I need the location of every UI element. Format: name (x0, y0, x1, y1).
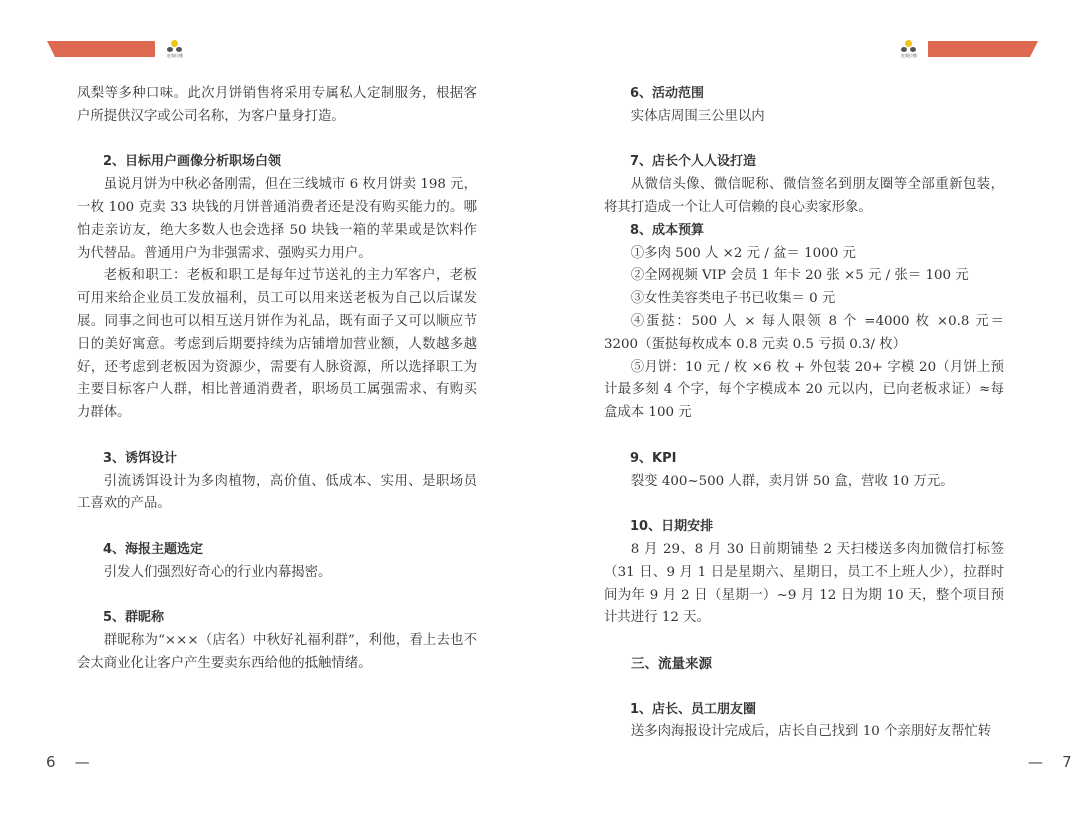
header-decor-bar (47, 41, 155, 57)
page-dash: — (75, 753, 90, 771)
logo-leaf-icon (910, 47, 916, 52)
section-heading: 9、KPI (604, 448, 1004, 471)
logo-text: 吃喝拉撒 (892, 53, 926, 58)
body-paragraph: ④蛋挞：500 人 × 每人限领 8 个 =4000 枚 ×0.8 元＝ 320… (604, 311, 1004, 357)
section-heading: 2、目标用户画像分析职场白领 (77, 151, 477, 174)
right-page-body: 6、活动范围实体店周围三公里以内7、店长个人人设打造从微信头像、微信昵称、微信签… (604, 83, 1004, 744)
body-paragraph: 实体店周围三公里以内 (604, 106, 1004, 129)
section-heading: 5、群昵称 (77, 607, 477, 630)
logo-leaf-icon (901, 47, 907, 52)
page-number: 7 (1062, 753, 1072, 771)
brand-logo: 吃喝拉撒 (158, 39, 192, 61)
section-heading: 三、流量来源 (604, 653, 1004, 676)
body-paragraph: ⑤月饼：10 元 / 枚 ×6 枚 + 外包装 20+ 字模 20（月饼上预计最… (604, 357, 1004, 425)
body-paragraph: ①多肉 500 人 ×2 元 / 盆＝ 1000 元 (604, 243, 1004, 266)
logo-leaf-icon (176, 47, 182, 52)
right-page: 吃喝拉撒 6、活动范围实体店周围三公里以内7、店长个人人设打造从微信头像、微信昵… (540, 0, 1080, 816)
logo-leaf-icon (167, 47, 173, 52)
body-paragraph: 虽说月饼为中秋必备刚需，但在三线城市 6 枚月饼卖 198 元，一枚 100 克… (77, 174, 477, 265)
section-heading: 10、日期安排 (604, 516, 1004, 539)
body-paragraph: 8 月 29、8 月 30 日前期铺垫 2 天扫楼送多肉加微信打标签（31 日、… (604, 539, 1004, 630)
paragraph-spacer (77, 516, 477, 539)
page-dash: — (1028, 753, 1043, 771)
body-paragraph: 老板和职工：老板和职工是每年过节送礼的主力军客户，老板可用来给企业员工发放福利，… (77, 265, 477, 425)
paragraph-spacer (604, 129, 1004, 152)
section-heading: 3、诱饵设计 (77, 448, 477, 471)
section-heading: 7、店长个人人设打造 (604, 151, 1004, 174)
paragraph-spacer (77, 585, 477, 608)
body-paragraph: 从微信头像、微信昵称、微信签名到朋友圈等全部重新包装，将其打造成一个让人可信赖的… (604, 174, 1004, 220)
logo-sun-icon (171, 40, 178, 47)
section-heading: 8、成本预算 (604, 220, 1004, 243)
body-paragraph: 送多肉海报设计完成后，店长自己找到 10 个亲朋好友帮忙转 (604, 721, 1004, 744)
page-number-left: 6 — (46, 753, 90, 771)
body-paragraph: ③女性美容类电子书已收集＝ 0 元 (604, 288, 1004, 311)
paragraph-spacer (604, 493, 1004, 516)
paragraph-spacer (77, 425, 477, 448)
page-number: 6 (46, 753, 56, 771)
logo-sun-icon (905, 40, 912, 47)
logo-text: 吃喝拉撒 (158, 53, 192, 58)
body-paragraph: 裂变 400~500 人群，卖月饼 50 盒，营收 10 万元。 (604, 471, 1004, 494)
body-paragraph: 引流诱饵设计为多肉植物，高价值、低成本、实用、是职场员工喜欢的产品。 (77, 471, 477, 517)
section-heading: 6、活动范围 (604, 83, 1004, 106)
page-number-right: — 7 (1028, 753, 1072, 771)
brand-logo: 吃喝拉撒 (892, 39, 926, 61)
paragraph-spacer (604, 425, 1004, 448)
paragraph-spacer (604, 630, 1004, 653)
body-paragraph: 凤梨等多种口味。此次月饼销售将采用专属私人定制服务，根据客户所提供汉字或公司名称… (77, 83, 477, 129)
body-paragraph: ②全网视频 VIP 会员 1 年卡 20 张 ×5 元 / 张＝ 100 元 (604, 265, 1004, 288)
body-paragraph: 引发人们强烈好奇心的行业内幕揭密。 (77, 562, 477, 585)
paragraph-spacer (604, 676, 1004, 699)
paragraph-spacer (77, 129, 477, 152)
left-page: 吃喝拉撒 凤梨等多种口味。此次月饼销售将采用专属私人定制服务，根据客户所提供汉字… (0, 0, 540, 816)
section-heading: 1、店长、员工朋友圈 (604, 699, 1004, 722)
body-paragraph: 群昵称为“×××（店名）中秋好礼福利群”，利他，看上去也不会太商业化让客户产生要… (77, 630, 477, 676)
section-heading: 4、海报主题选定 (77, 539, 477, 562)
left-page-body: 凤梨等多种口味。此次月饼销售将采用专属私人定制服务，根据客户所提供汉字或公司名称… (77, 83, 477, 676)
header-decor-bar (928, 41, 1038, 57)
